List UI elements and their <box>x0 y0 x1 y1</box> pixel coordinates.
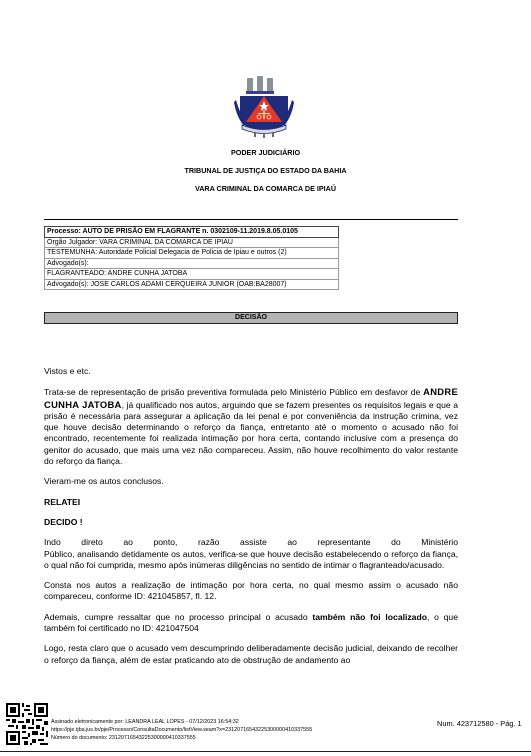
case-process-number: Processo: AUTO DE PRISÃO EM FLAGRANTE n.… <box>45 227 339 238</box>
footer-divider <box>0 751 531 752</box>
paragraph-representacao: Trata-se de representação de prisão prev… <box>44 386 458 467</box>
coat-of-arms-icon <box>234 76 294 138</box>
case-witness: TESTEMUNHA: Autoridade Policial Delegaci… <box>45 248 339 259</box>
section-title-decisao: DECISÃO <box>44 312 458 324</box>
document-body: Vistos e etc. Trata-se de representação … <box>44 366 458 666</box>
paragraph-consta: Consta nos autos a realização de intimaç… <box>44 580 458 603</box>
header-poder-judiciario: PODER JUDICIÁRIO <box>0 148 531 157</box>
case-court: Órgão Julgador: VARA CRIMINAL DA COMARCA… <box>45 237 339 248</box>
case-lawyer-empty: Advogado(s): <box>45 258 339 269</box>
case-lawyer: Advogado(s): JOSE CARLOS ADAMI CERQUEIRA… <box>45 279 339 290</box>
heading-relatei: RELATEI <box>44 497 458 508</box>
paragraph-vieram: Vieram-me os autos conclusos. <box>44 476 458 487</box>
paragraph-vistos: Vistos e etc. <box>44 366 458 377</box>
signed-by-text: Assinado eletronicamente por: LEANDRA LE… <box>51 718 312 726</box>
header-tribunal: TRIBUNAL DE JUSTIÇA DO ESTADO DA BAHIA <box>0 166 531 175</box>
header-divider <box>44 219 458 220</box>
case-defendant: FLAGRANTEADO: ANDRE CUNHA JATOBA <box>45 269 339 280</box>
header-vara: VARA CRIMINAL DA COMARCA DE IPIAÚ <box>0 184 531 193</box>
signature-block: Assinado eletronicamente por: LEANDRA LE… <box>51 718 312 742</box>
paragraph-indo-direto: Indo direto ao ponto, razão assiste ao r… <box>44 537 458 571</box>
page-reference: Num. 423712580 - Pág. 1 <box>437 719 522 728</box>
paragraph-logo: Logo, resta claro que o acusado vem desc… <box>44 643 458 666</box>
case-info-table: Processo: AUTO DE PRISÃO EM FLAGRANTE n.… <box>44 226 339 290</box>
document-url-link[interactable]: https://pje.tjba.jus.br/pje/Processo/Con… <box>51 726 312 734</box>
qr-code-icon[interactable] <box>6 703 48 745</box>
heading-decido: DECIDO ! <box>44 517 458 528</box>
paragraph-ademais: Ademais, cumpre ressaltar que no process… <box>44 612 458 635</box>
document-number-text: Número do documento: 2312071654322530000… <box>51 734 312 742</box>
